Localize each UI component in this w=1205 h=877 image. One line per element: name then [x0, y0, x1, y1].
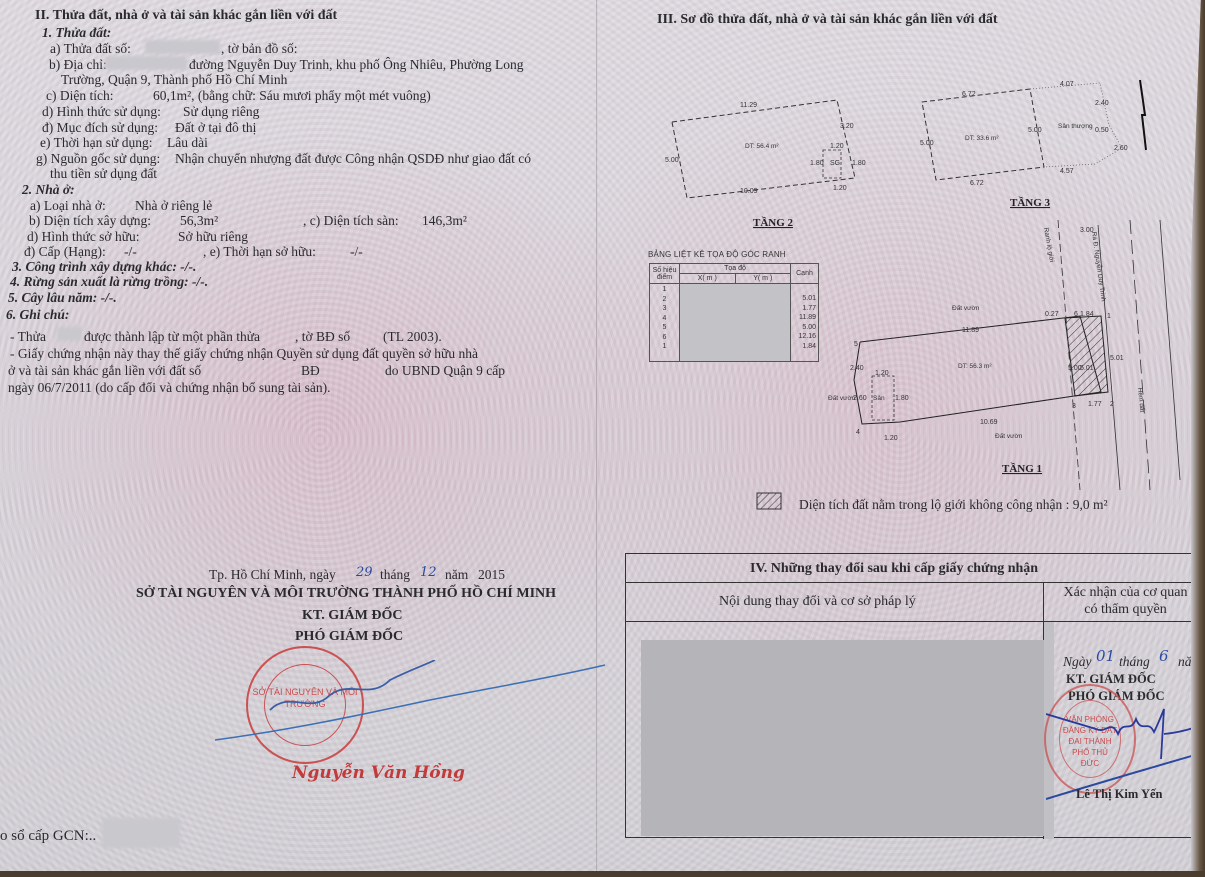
- coord-point: 5: [652, 323, 677, 333]
- floor-area-label: , c) Diện tích sàn:: [303, 213, 399, 229]
- coord-header-x: X( m ): [680, 274, 736, 284]
- col-changes-header: Nội dung thay đổi và cơ sở pháp lý: [719, 594, 916, 610]
- confirm-month: 6: [1159, 648, 1169, 664]
- svg-text:1: 1: [1107, 313, 1111, 320]
- col-confirm-header-2: có thẩm quyền: [1043, 602, 1205, 618]
- confirm-signer-name: Lê Thị Kim Yến: [1076, 786, 1162, 802]
- svg-text:1.80: 1.80: [810, 160, 824, 167]
- svg-text:1.80: 1.80: [895, 395, 909, 402]
- coord-point: 3: [652, 304, 677, 314]
- purpose-value: Đất ở tại đô thị: [175, 120, 256, 136]
- coord-edge: 11.89: [793, 313, 816, 323]
- origin-line-1: Nhận chuyển nhượng đất được Công nhận QS…: [175, 151, 531, 167]
- redacted-parcel: [57, 327, 82, 341]
- coord-edge: 5.00: [793, 323, 816, 333]
- coord-point: 6: [652, 333, 677, 343]
- other-works: 3. Công trình xây dựng khác: -/-.: [12, 259, 196, 275]
- coord-point: 4: [652, 314, 677, 324]
- hatch-legend-icon: [756, 492, 782, 510]
- svg-text:11.89: 11.89: [962, 327, 979, 334]
- parcel-no-label: a) Thửa đất số:: [50, 41, 131, 57]
- signature-stroke: [210, 660, 610, 750]
- svg-text:6: 6: [1074, 311, 1078, 318]
- coord-header-y: Y( m ): [735, 274, 791, 284]
- floor-3-plan: 6.72 5.00 5.00 6.72 4.07 2.40 0.50 2.60 …: [920, 80, 1146, 209]
- svg-text:4.07: 4.07: [1060, 81, 1074, 88]
- origin-line-2: thu tiền sử dụng đất: [50, 166, 157, 182]
- svg-text:DT: 33.6 m²: DT: 33.6 m²: [965, 135, 999, 142]
- svg-text:TẦNG 1: TẦNG 1: [1002, 462, 1042, 475]
- svg-text:10.09: 10.09: [740, 188, 758, 195]
- floor-2-plan: 11.29 3.20 1.20 1.80 1.80 1.20 10.09 5.0…: [665, 100, 866, 229]
- signer-title-1: KT. GIÁM ĐỐC: [302, 608, 402, 624]
- notes-line-1d: (TL 2003).: [383, 329, 442, 345]
- svg-text:6.72: 6.72: [970, 180, 984, 187]
- confirm-date-prefix: Ngày: [1063, 654, 1092, 670]
- redacted-parcel-no: [145, 40, 220, 54]
- svg-text:Hẻm đất: Hẻm đất: [1136, 387, 1148, 413]
- signer-title-2: PHÓ GIÁM ĐỐC: [295, 629, 403, 645]
- svg-text:0.50: 0.50: [1095, 127, 1109, 134]
- floor-1-plan: 11.89 2.40 1.20 2.60 1.80 1.20 10.69 0.2…: [828, 220, 1180, 490]
- section-4-column-headers: Nội dung thay đổi và cơ sở pháp lý Xác n…: [626, 583, 1205, 622]
- house-heading: 2. Nhà ở:: [22, 182, 75, 198]
- coord-header-point: Số hiệu điểm: [650, 264, 680, 284]
- redacted-house-number: [105, 56, 187, 70]
- house-type-value: Nhà ở riêng lẻ: [135, 198, 212, 214]
- issuing-agency: SỞ TÀI NGUYÊN VÀ MÔI TRƯỜNG THÀNH PHỐ HỒ…: [136, 586, 556, 602]
- svg-text:1.20: 1.20: [830, 143, 844, 150]
- coord-table-title: BẢNG LIỆT KÊ TỌA ĐỘ GÓC RANH: [648, 250, 786, 259]
- ownership-label: d) Hình thức sở hữu:: [27, 229, 140, 245]
- own-term-label: , e) Thời hạn sở hữu:: [203, 244, 316, 260]
- build-area-label: b) Diện tích xây dựng:: [29, 213, 151, 229]
- usage-form-label: d) Hình thức sử dụng:: [42, 104, 161, 120]
- col-confirm-header-1: Xác nhận của cơ quan: [1043, 585, 1205, 601]
- area-label: c) Diện tích:: [46, 88, 113, 104]
- svg-text:5: 5: [854, 341, 858, 348]
- notes-line-4: ngày 06/7/2011 (do cấp đổi và chứng nhận…: [8, 380, 331, 396]
- svg-text:SG: SG: [830, 160, 840, 167]
- notes-heading: 6. Ghi chú:: [6, 307, 69, 323]
- coord-edge: 1.84: [793, 342, 816, 352]
- coord-point: 1: [652, 342, 677, 352]
- redacted-coords: [680, 284, 791, 362]
- sign-month: 12: [420, 565, 437, 581]
- svg-text:Đất vườn: Đất vườn: [952, 303, 980, 312]
- house-type-label: a) Loại nhà ở:: [30, 198, 106, 214]
- svg-text:5.01: 5.01: [1080, 365, 1094, 372]
- place-date-prefix: Tp. Hồ Chí Minh, ngày: [209, 567, 336, 583]
- notes-line-2: - Giấy chứng nhận này thay thế giấy chứn…: [10, 346, 478, 362]
- coord-header-edge: Cạnh: [791, 264, 819, 284]
- notes-line-3b: BĐ: [301, 363, 320, 379]
- certificate-sheet: II. Thửa đất, nhà ở và tài sản khác gắn …: [0, 0, 1205, 877]
- svg-text:1.20: 1.20: [875, 370, 889, 377]
- signer-name: Nguyễn Văn Hồng: [292, 763, 465, 783]
- coord-point: 2: [652, 295, 677, 305]
- svg-text:Sân thượng: Sân thượng: [1058, 123, 1093, 130]
- notes-line-1c: , tờ BĐ số: [295, 329, 350, 345]
- section-3-title: III. Sơ đồ thửa đất, nhà ở và tài sản kh…: [657, 12, 998, 28]
- term-label: e) Thời hạn sử dụng:: [40, 135, 152, 151]
- svg-text:5.00: 5.00: [920, 140, 934, 147]
- coord-edge: 12.16: [793, 332, 816, 342]
- section-4-table: IV. Những thay đổi sau khi cấp giấy chứn…: [625, 553, 1205, 838]
- own-term-value: -/-: [350, 244, 363, 260]
- section-4-header: IV. Những thay đổi sau khi cấp giấy chứn…: [626, 554, 1205, 583]
- svg-text:0.27: 0.27: [1045, 311, 1059, 318]
- term-value: Lâu dài: [167, 135, 208, 151]
- address-line-2: Trường, Quận 9, Thành phố Hồ Chí Minh: [61, 72, 287, 88]
- redacted-gcn-number: [102, 818, 180, 848]
- svg-text:11.29: 11.29: [740, 102, 757, 109]
- sign-day: 29: [356, 565, 373, 581]
- notes-line-1b: được thành lập từ một phần thửa: [84, 329, 260, 345]
- svg-text:1.80: 1.80: [852, 160, 866, 167]
- grade-value: -/-: [124, 244, 137, 260]
- svg-text:TẦNG 3: TẦNG 3: [1010, 196, 1051, 209]
- svg-text:1.77: 1.77: [1088, 401, 1102, 408]
- coord-table: Số hiệu điểm Tọa độ Cạnh X( m ) Y( m ) 1…: [649, 263, 819, 362]
- address-line-1: đường Nguyễn Duy Trinh, khu phố Ông Nhiê…: [189, 57, 524, 73]
- perennial-trees: 5. Cây lâu năm: -/-.: [8, 290, 117, 306]
- coord-header-coords: Tọa độ: [680, 264, 791, 274]
- svg-text:2: 2: [1110, 401, 1114, 408]
- svg-text:5.00: 5.00: [665, 157, 679, 164]
- map-sheet-label: , tờ bản đồ số:: [221, 41, 298, 57]
- production-forest: 4. Rừng sản xuất là rừng trồng: -/-.: [10, 274, 208, 290]
- area-value: 60,1m², (bằng chữ: Sáu mươi phẩy một mét…: [153, 88, 431, 104]
- usage-form-value: Sử dụng riêng: [183, 104, 259, 120]
- year-label: năm: [445, 567, 468, 583]
- notes-line-3a: ở và tài sản khác gắn liền với đất số: [8, 363, 201, 379]
- svg-text:Đất vườn: Đất vườn: [995, 431, 1023, 440]
- section-4-title: IV. Những thay đổi sau khi cấp giấy chứn…: [750, 561, 1038, 577]
- coord-edge: 5.01: [793, 294, 816, 304]
- redacted-change-content: [641, 640, 1046, 836]
- sign-year: 2015: [478, 567, 505, 583]
- svg-text:2.60: 2.60: [1114, 145, 1128, 152]
- svg-text:5.01: 5.01: [1110, 355, 1124, 362]
- svg-text:1.84: 1.84: [1080, 311, 1094, 318]
- hatch-legend-text: Diện tích đất nằm trong lộ giới không cô…: [799, 497, 1108, 513]
- section-2-title: II. Thửa đất, nhà ở và tài sản khác gắn …: [35, 8, 337, 24]
- svg-text:DT: 56.3 m²: DT: 56.3 m²: [958, 363, 992, 370]
- svg-text:1.20: 1.20: [884, 435, 898, 442]
- gcn-book-label: o sổ cấp GCN:..: [0, 828, 96, 844]
- purpose-label: đ) Mục đích sử dụng:: [42, 120, 158, 136]
- coord-point: 1: [652, 285, 677, 295]
- build-area-value: 56,3m²: [180, 213, 218, 229]
- svg-text:3.20: 3.20: [840, 123, 854, 130]
- coord-edge-list: 5.011.7711.895.0012.161.84: [791, 284, 819, 362]
- svg-text:Đất vườn: Đất vườn: [828, 393, 856, 402]
- svg-text:6.72: 6.72: [962, 91, 976, 98]
- svg-text:4.57: 4.57: [1060, 168, 1074, 175]
- svg-text:5.00: 5.00: [1028, 127, 1042, 134]
- origin-label: g) Nguồn gốc sử dụng:: [36, 151, 160, 167]
- month-label: tháng: [380, 567, 410, 583]
- svg-text:2.40: 2.40: [1095, 100, 1109, 107]
- coord-edge: 1.77: [793, 304, 816, 314]
- svg-text:Ranh lộ giới: Ranh lộ giới: [1042, 227, 1055, 263]
- address-label: b) Địa chỉ:: [49, 57, 107, 73]
- svg-text:TẦNG 2: TẦNG 2: [753, 216, 794, 229]
- land-heading: 1. Thửa đất:: [42, 25, 111, 41]
- svg-text:10.69: 10.69: [980, 419, 998, 426]
- svg-text:DT: 56.4 m²: DT: 56.4 m²: [745, 143, 779, 150]
- svg-text:1.20: 1.20: [833, 185, 847, 192]
- svg-text:Sân: Sân: [873, 395, 885, 402]
- coord-point-list: 1234561: [650, 284, 680, 362]
- notes-line-1a: - Thửa: [10, 329, 46, 345]
- confirm-month-label: tháng: [1119, 654, 1150, 670]
- svg-text:2.40: 2.40: [850, 365, 864, 372]
- svg-text:Ra Đ. Nguyễn Duy Trinh: Ra Đ. Nguyễn Duy Trinh: [1090, 231, 1109, 302]
- svg-text:4: 4: [856, 429, 860, 436]
- svg-text:3: 3: [1072, 403, 1076, 410]
- grade-label: đ) Cấp (Hạng):: [24, 244, 106, 260]
- notes-line-3c: do UBND Quận 9 cấp: [385, 363, 505, 379]
- floor-area-value: 146,3m²: [422, 213, 467, 229]
- confirm-day: 01: [1096, 648, 1115, 664]
- ownership-value: Sở hữu riêng: [178, 229, 248, 245]
